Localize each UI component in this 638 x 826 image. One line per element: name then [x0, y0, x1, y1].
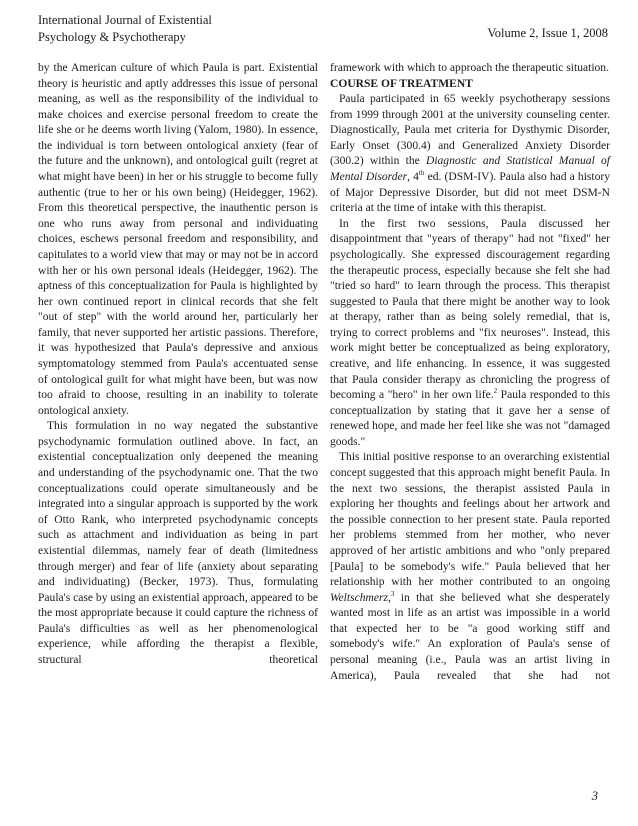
journal-title-line2: Psychology & Psychotherapy [38, 29, 212, 46]
journal-page: International Journal of Existential Psy… [0, 0, 638, 826]
body-columns: by the American culture of which Paula i… [38, 61, 610, 684]
paragraph-initial-response: This initial positive response to an ove… [330, 450, 610, 684]
text-run: by the American culture of which Paula i… [38, 62, 318, 417]
paragraph-first-two-sessions: In the first two sessions, Paula discuss… [330, 217, 610, 451]
page-number: 3 [592, 789, 598, 804]
paragraph-treatment-sessions: Paula participated in 65 weekly psychoth… [330, 92, 610, 217]
paragraph-formulation: This formulation in no way negated the s… [38, 419, 318, 668]
issue-info: Volume 2, Issue 1, 2008 [487, 17, 608, 42]
section-heading-course-of-treatment: COURSE OF TREATMENT [330, 77, 610, 93]
text-run: , 4 [407, 171, 419, 183]
text-run: framework with which to approach the the… [330, 62, 609, 74]
journal-title: International Journal of Existential Psy… [38, 12, 212, 46]
page-header: International Journal of Existential Psy… [38, 12, 608, 46]
text-run: In the first two sessions, Paula discuss… [330, 218, 610, 401]
text-run: in that she believed what she desperatel… [330, 592, 610, 682]
right-column: framework with which to approach the the… [330, 61, 610, 684]
text-run: Weltschmerz [330, 592, 388, 604]
left-column: by the American culture of which Paula i… [38, 61, 318, 684]
journal-title-line1: International Journal of Existential [38, 12, 212, 29]
paragraph-framework: framework with which to approach the the… [330, 61, 610, 77]
paragraph-existential-theory: by the American culture of which Paula i… [38, 61, 318, 419]
text-run: This formulation in no way negated the s… [38, 420, 318, 666]
text-run: This initial positive response to an ove… [330, 451, 610, 588]
